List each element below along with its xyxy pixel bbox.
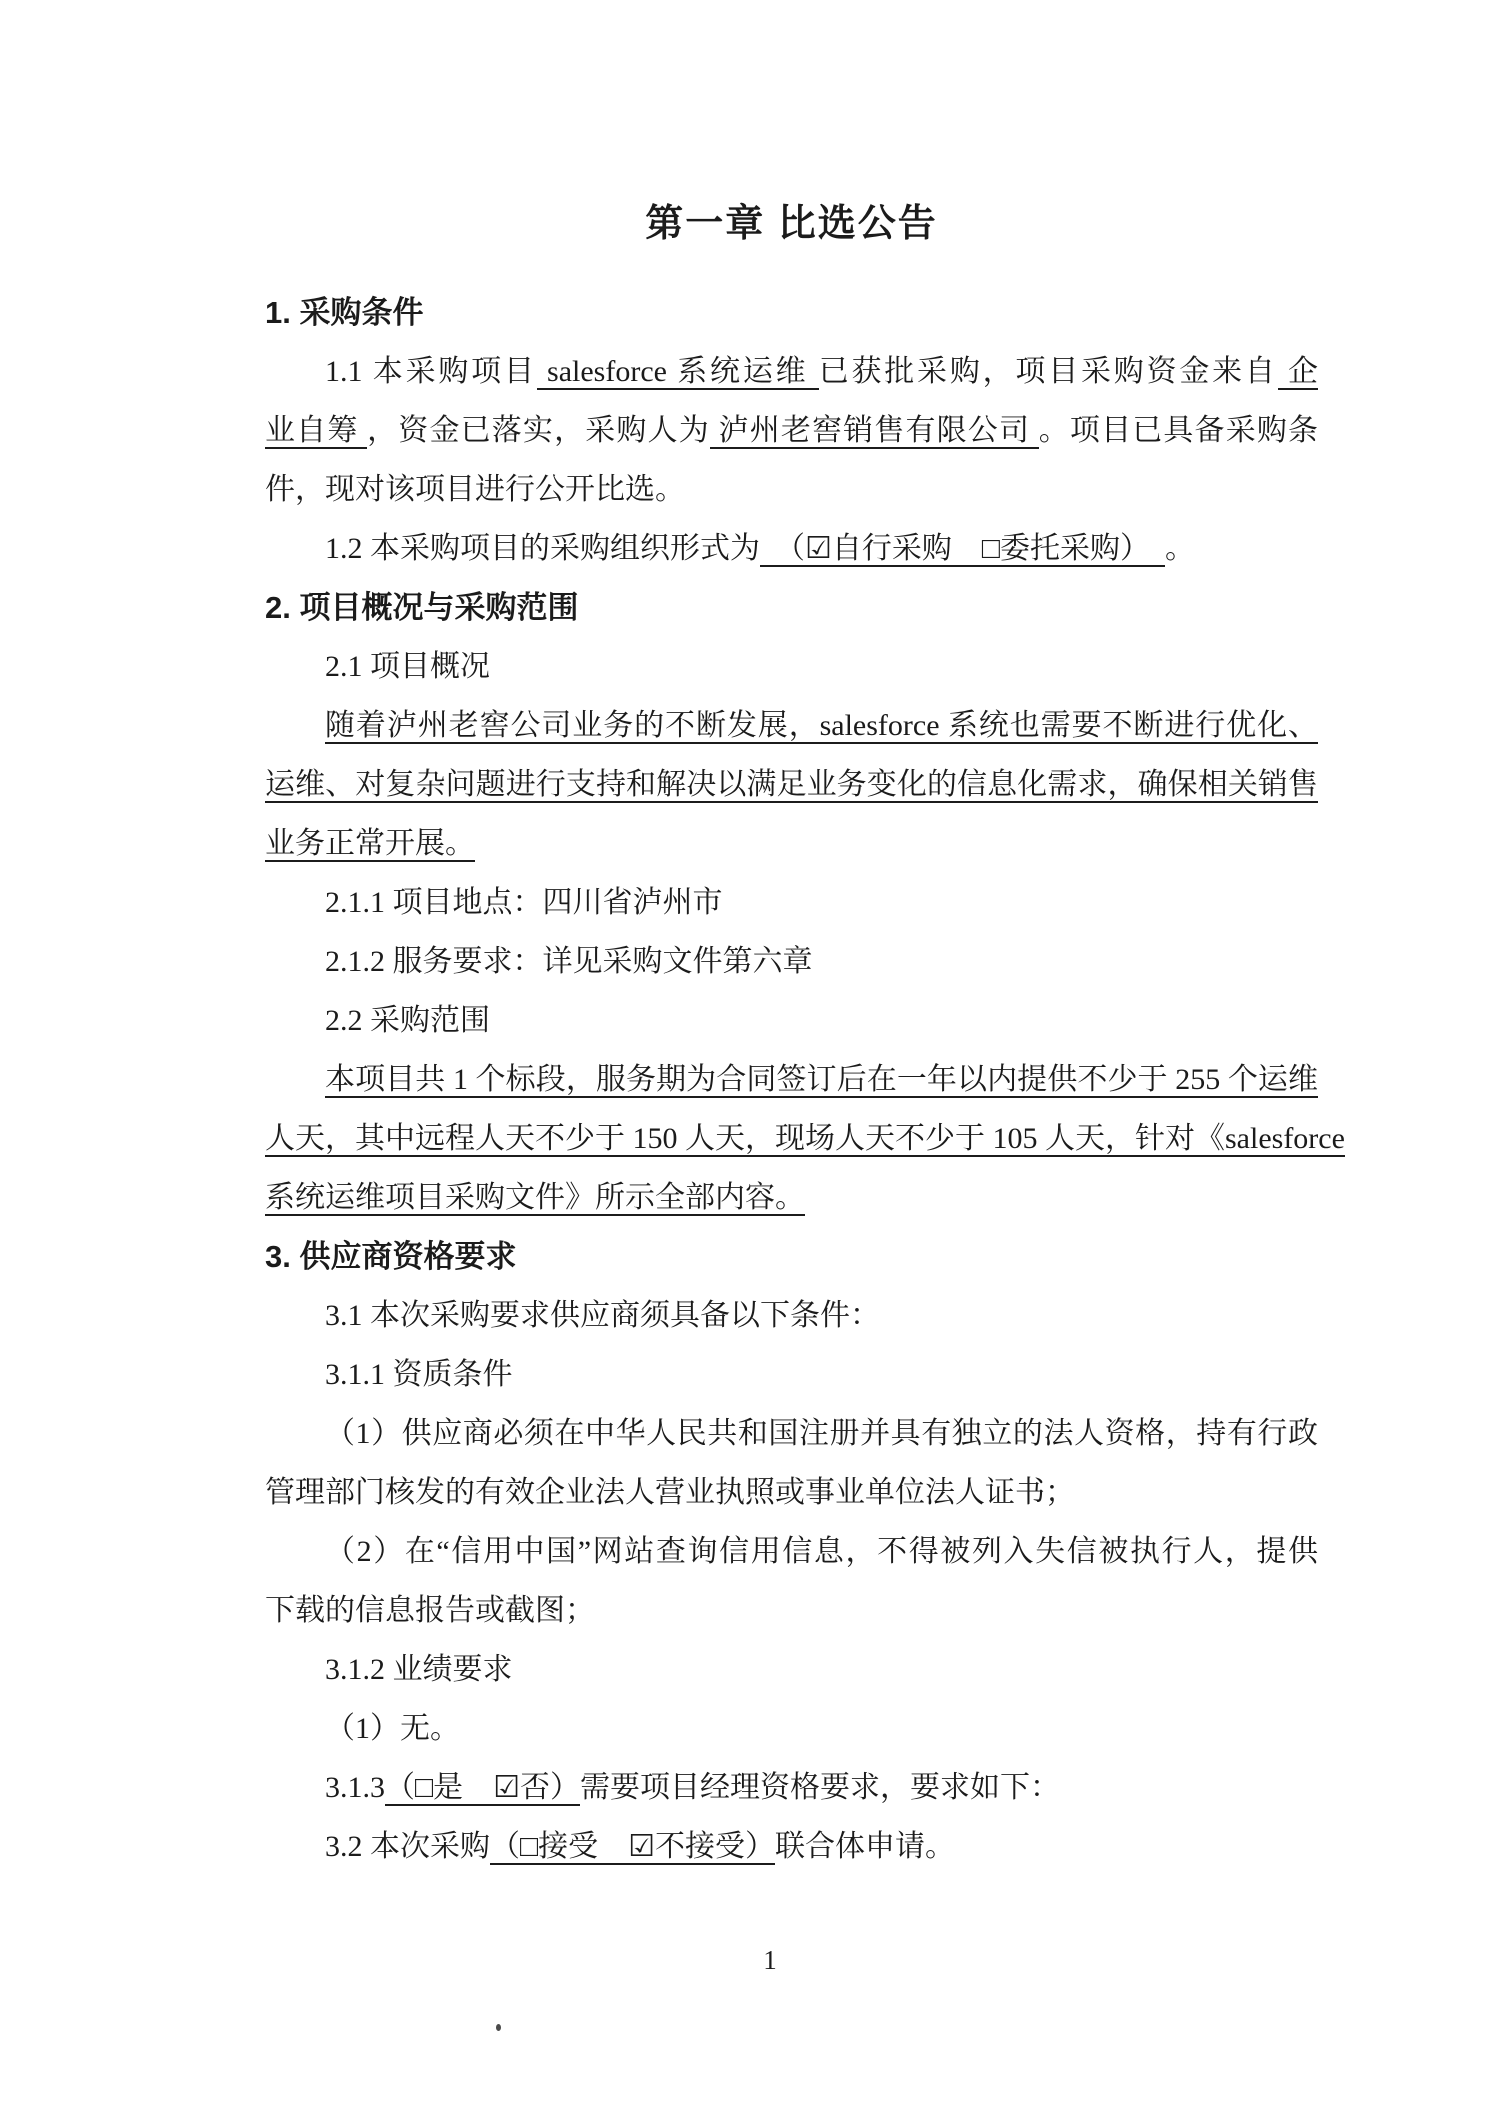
- doc-line: 3.2 本次采购（□接受 ☑不接受）联合体申请。: [265, 1817, 1318, 1876]
- underlined-text: 本项目共 1 个标段，服务期为合同签订后在一年以内提供不少于 255 个运维: [325, 1063, 1318, 1098]
- doc-line: 2.2 采购范围: [265, 991, 1318, 1050]
- doc-line: 业自筹 ，资金已落实，采购人为 泸州老窖销售有限公司 。项目已具备采购条: [265, 401, 1318, 460]
- doc-line: （1）供应商必须在中华人民共和国注册并具有独立的法人资格，持有行政: [265, 1404, 1318, 1463]
- underlined-text: 运维、对复杂问题进行支持和解决以满足业务变化的信息化需求，确保相关销售: [265, 768, 1318, 803]
- text-segment: 3.1.2 业绩要求: [325, 1653, 513, 1686]
- text-segment: 。: [1165, 532, 1195, 565]
- underlined-text: 业务正常开展。: [265, 827, 475, 862]
- doc-line: 1.1 本采购项目 salesforce 系统运维 已获批采购，项目采购资金来自…: [265, 342, 1318, 401]
- doc-line: 运维、对复杂问题进行支持和解决以满足业务变化的信息化需求，确保相关销售: [265, 755, 1318, 814]
- underlined-text: 泸州老窖销售有限公司: [710, 414, 1039, 449]
- doc-line: 2.1.2 服务要求：详见采购文件第六章: [265, 932, 1318, 991]
- section-heading: 2. 项目概况与采购范围: [265, 578, 1318, 637]
- text-segment: 3.1 本次采购要求供应商须具备以下条件：: [325, 1299, 880, 1332]
- doc-line: 3.1.1 资质条件: [265, 1345, 1318, 1404]
- ink-speck: [496, 2024, 501, 2031]
- text-segment: 管理部门核发的有效企业法人营业执照或事业单位法人证书；: [265, 1476, 1075, 1509]
- section-heading: 1. 采购条件: [265, 283, 1318, 342]
- underlined-text: salesforce 系统运维: [537, 355, 819, 390]
- text-segment: 联合体申请。: [775, 1830, 955, 1863]
- doc-line: 人天，其中远程人天不少于 150 人天，现场人天不少于 105 人天，针对《sa…: [265, 1109, 1318, 1168]
- section-heading: 3. 供应商资格要求: [265, 1227, 1318, 1286]
- text-segment: 1. 采购条件: [265, 295, 423, 330]
- text-segment: 。项目已具备采购条: [1039, 414, 1318, 447]
- text-segment: 已获批采购，项目采购资金来自: [819, 355, 1278, 388]
- doc-line: 系统运维项目采购文件》所示全部内容。: [265, 1168, 1318, 1227]
- underlined-text: （□是 ☑否）: [385, 1771, 580, 1806]
- doc-line: 1.2 本采购项目的采购组织形式为 （☑自行采购 □委托采购） 。: [265, 519, 1318, 578]
- text-segment: 3.1.1 资质条件: [325, 1358, 513, 1391]
- document-body: 1. 采购条件1.1 本采购项目 salesforce 系统运维 已获批采购，项…: [265, 283, 1318, 1876]
- text-segment: （2）在“信用中国”网站查询信用信息，不得被列入失信被执行人，提供: [325, 1535, 1318, 1568]
- text-segment: 3. 供应商资格要求: [265, 1239, 516, 1274]
- text-segment: 1.2 本采购项目的采购组织形式为: [325, 532, 760, 565]
- doc-line: 管理部门核发的有效企业法人营业执照或事业单位法人证书；: [265, 1463, 1318, 1522]
- doc-line: 件，现对该项目进行公开比选。: [265, 460, 1318, 519]
- doc-line: 3.1.2 业绩要求: [265, 1640, 1318, 1699]
- doc-line: 2.1 项目概况: [265, 637, 1318, 696]
- doc-line: （1）无。: [265, 1699, 1318, 1758]
- doc-line: 3.1 本次采购要求供应商须具备以下条件：: [265, 1286, 1318, 1345]
- text-segment: 2.1.2 服务要求：详见采购文件第六章: [325, 945, 813, 978]
- document-content: 第一章 比选公告 1. 采购条件1.1 本采购项目 salesforce 系统运…: [265, 0, 1318, 1876]
- text-segment: 2.1 项目概况: [325, 650, 490, 683]
- doc-line: 本项目共 1 个标段，服务期为合同签订后在一年以内提供不少于 255 个运维: [265, 1050, 1318, 1109]
- text-segment: （1）无。: [325, 1712, 460, 1745]
- doc-line: 下载的信息报告或截图；: [265, 1581, 1318, 1640]
- text-segment: 需要项目经理资格要求，要求如下：: [580, 1771, 1060, 1804]
- text-segment: 下载的信息报告或截图；: [265, 1594, 595, 1627]
- chapter-title: 第一章 比选公告: [265, 0, 1318, 247]
- text-segment: 3.1.3: [325, 1771, 385, 1804]
- underlined-text: 随着泸州老窖公司业务的不断发展，salesforce 系统也需要不断进行优化、: [325, 709, 1318, 744]
- underlined-text: 系统运维项目采购文件》所示全部内容。: [265, 1181, 805, 1216]
- underlined-text: （☑自行采购 □委托采购）: [760, 532, 1165, 567]
- text-segment: 3.2 本次采购: [325, 1830, 490, 1863]
- text-segment: 件，现对该项目进行公开比选。: [265, 473, 685, 506]
- text-segment: 2.2 采购范围: [325, 1004, 490, 1037]
- underlined-text: 人天，其中远程人天不少于 150 人天，现场人天不少于 105 人天，针对《sa…: [265, 1122, 1345, 1157]
- text-segment: （1）供应商必须在中华人民共和国注册并具有独立的法人资格，持有行政: [325, 1417, 1318, 1450]
- underlined-text: （□接受 ☑不接受）: [490, 1830, 775, 1865]
- doc-line: （2）在“信用中国”网站查询信用信息，不得被列入失信被执行人，提供: [265, 1522, 1318, 1581]
- text-segment: 2. 项目概况与采购范围: [265, 590, 578, 625]
- doc-line: 3.1.3（□是 ☑否）需要项目经理资格要求，要求如下：: [265, 1758, 1318, 1817]
- underlined-text: 企: [1278, 355, 1318, 390]
- document-page: 第一章 比选公告 1. 采购条件1.1 本采购项目 salesforce 系统运…: [0, 0, 1500, 2124]
- text-segment: ，资金已落实，采购人为: [367, 414, 710, 447]
- doc-line: 业务正常开展。: [265, 814, 1318, 873]
- underlined-text: 业自筹: [265, 414, 367, 449]
- page-number: 1: [763, 1944, 777, 1976]
- doc-line: 2.1.1 项目地点：四川省泸州市: [265, 873, 1318, 932]
- text-segment: 1.1 本采购项目: [325, 355, 537, 388]
- text-segment: 2.1.1 项目地点：四川省泸州市: [325, 886, 723, 919]
- doc-line: 随着泸州老窖公司业务的不断发展，salesforce 系统也需要不断进行优化、: [265, 696, 1318, 755]
